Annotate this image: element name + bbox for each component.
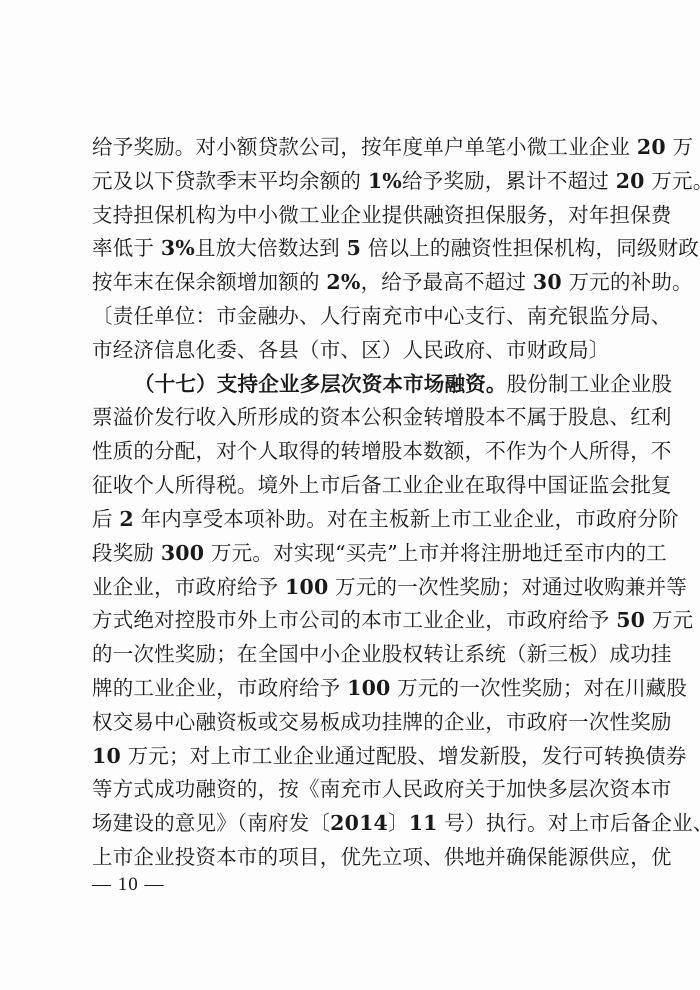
text-line: 上市企业投资本市的项目，优先立项、供地并确保能源供应，优 [92,842,608,872]
section-heading: （十七）支持企业多层次资本市场融资。 [134,372,507,396]
text-line: 率低于 3%且放大倍数达到 5 倍以上的融资性担保机构，同级财政 [92,233,608,263]
text-line: 牌的工业企业，市政府给予 100 万元的一次性奖励；对在川藏股 [92,673,608,703]
text-line: 给予奖励。对小额贷款公司，按年度单户单笔小微工业企业 20 万 [92,132,608,162]
text-line: 征收个人所得税。境外上市后备工业企业在取得中国证监会批复 [92,470,608,500]
text-line: 支持担保机构为中小微工业企业提供融资担保服务，对年担保费 [92,200,608,230]
responsibility-line: 〔责任单位：市金融办、人行南充市中心支行、南充银监分局、 [92,301,608,331]
text-line: 权交易中心融资板或交易板成功挂牌的企业，市政府一次性奖励 [92,707,608,737]
text-line: 等方式成功融资的，按《南充市人民政府关于加快多层次资本市 [92,774,608,804]
page-number: — 10 — [92,872,165,898]
text-fragment: 股份制工业企业股 [507,372,673,396]
text-line: 段奖励 300 万元。对实现“买壳”上市并将注册地迁至市内的工 [92,538,608,568]
text-line: 业企业，市政府给予 100 万元的一次性奖励；对通过收购兼并等 [92,572,608,602]
section-heading-line: （十七）支持企业多层次资本市场融资。股份制工业企业股 [134,369,608,399]
text-line: 后 2 年内享受本项补助。对在主板新上市工业企业，市政府分阶 [92,504,608,534]
text-line: 10 万元；对上市工业企业通过配股、增发新股，发行可转换债券 [92,741,608,771]
text-line: 方式绝对控股市外上市公司的本市工业企业，市政府给予 50 万元 [92,605,608,635]
text-line: 按年末在保余额增加额的 2%，给予最高不超过 30 万元的补助。 [92,267,608,297]
text-line: 性质的分配，对个人取得的转增股本数额，不作为个人所得，不 [92,436,608,466]
text-line: 场建设的意见》（南府发〔2014〕11 号）执行。对上市后备企业、 [92,808,608,838]
document-page: 给予奖励。对小额贷款公司，按年度单户单笔小微工业企业 20 万 元及以下贷款季末… [0,0,700,990]
text-line: 元及以下贷款季末平均余额的 1%给予奖励，累计不超过 20 万元。 [92,166,608,196]
text-line: 票溢价发行收入所形成的资本公积金转增股本不属于股息、红利 [92,402,608,432]
text-line: 的一次性奖励；在全国中小企业股权转让系统（新三板）成功挂 [92,639,608,669]
responsibility-line: 市经济信息化委、各县（市、区）人民政府、市财政局〕 [92,335,608,365]
